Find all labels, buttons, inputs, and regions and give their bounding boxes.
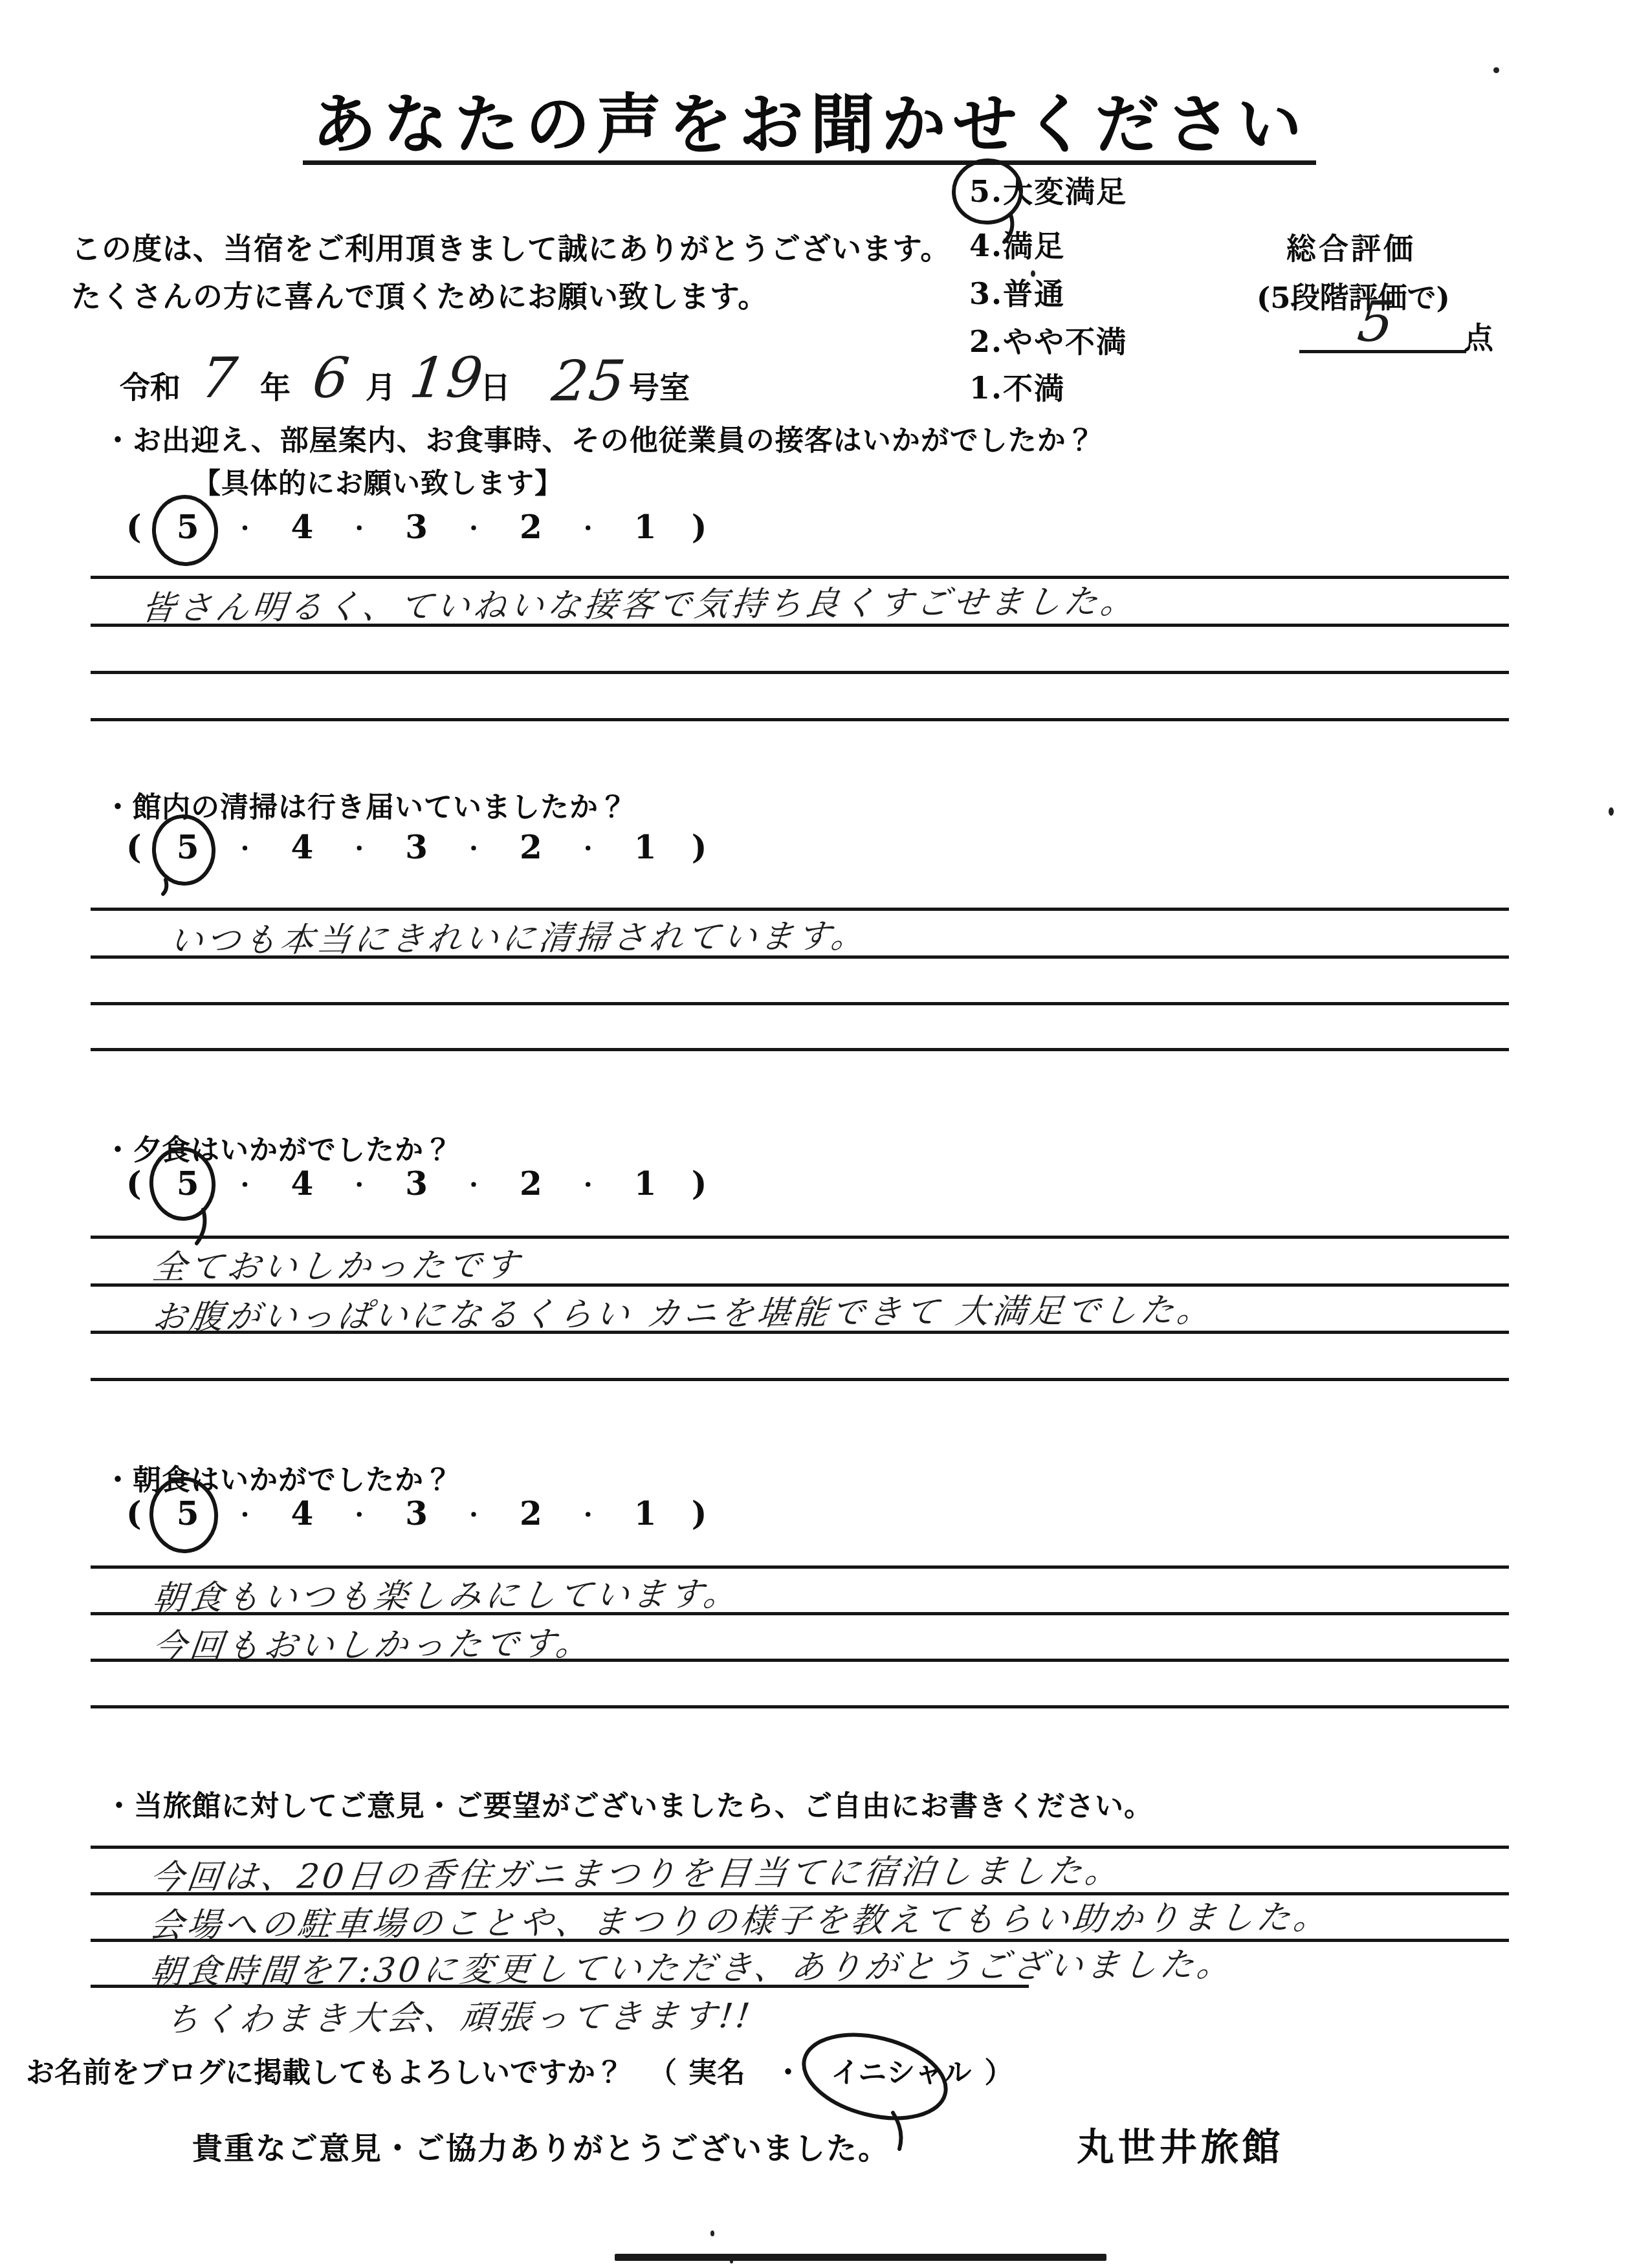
rating-2: 2 bbox=[520, 828, 542, 866]
rating-dot: ・ bbox=[234, 511, 256, 543]
rating-dot: ・ bbox=[234, 831, 256, 863]
intro-line-2: たくさんの方に喜んで頂くためにお願い致します。 bbox=[71, 273, 768, 316]
rating-dot: ・ bbox=[577, 831, 599, 863]
rating-3: 3 bbox=[405, 828, 428, 866]
paren-open: ( bbox=[126, 828, 142, 866]
question-4-rating-circle bbox=[145, 1475, 224, 1565]
date-year-label: 年 bbox=[260, 364, 291, 407]
answer-line bbox=[91, 671, 1509, 674]
paren-close: ) bbox=[692, 508, 707, 546]
intro-line-1: この度は、当宿をご利用頂きまして誠にありがとうございます。 bbox=[71, 225, 951, 268]
rating-dot: ・ bbox=[463, 1168, 485, 1199]
answer-line bbox=[91, 1565, 1509, 1569]
rating-dot: ・ bbox=[577, 1498, 599, 1529]
question-5-answer-1: 今回は、20日の香住ガニまつりを目当てに宿泊しました。 bbox=[148, 1844, 1125, 1899]
blog-option-real-name: 実名 bbox=[688, 2049, 745, 2091]
rating-dot: ・ bbox=[234, 1498, 256, 1529]
paren-close: ) bbox=[692, 828, 707, 866]
rating-dot: ・ bbox=[348, 1498, 370, 1529]
date-day-label: 日 bbox=[480, 364, 511, 407]
question-4-answer-1: 朝食もいつも楽しみにしています。 bbox=[150, 1567, 743, 1619]
question-3-answer-2: お腹がいっぱいになるくらい カニを堪能できて 大満足でした。 bbox=[150, 1283, 1217, 1338]
rating-3: 3 bbox=[405, 508, 428, 546]
question-2-answer: いつも本当にきれいに清掃されています。 bbox=[167, 908, 871, 962]
rating-1: 1 bbox=[634, 1494, 657, 1532]
answer-line bbox=[91, 718, 1509, 721]
paren-close: ) bbox=[692, 1494, 707, 1532]
scan-speck bbox=[710, 2230, 714, 2236]
date-month-value: 6 bbox=[309, 346, 353, 411]
legend-selected-circle bbox=[947, 155, 1038, 252]
question-5-label: ・当旅館に対してご意見・ご要望がございましたら、ご自由にお書きください。 bbox=[105, 1783, 1153, 1824]
rating-3: 3 bbox=[405, 1164, 428, 1203]
answer-line bbox=[91, 1048, 1509, 1051]
answer-line bbox=[91, 1378, 1509, 1381]
legend-item-2: 2.やや不満 bbox=[969, 318, 1127, 361]
overall-score-sublabel: (5段階評価で) bbox=[1257, 274, 1450, 316]
rating-1: 1 bbox=[634, 508, 657, 546]
paren-open: ( bbox=[126, 1164, 142, 1203]
rating-dot: ・ bbox=[577, 1168, 599, 1199]
rating-1: 1 bbox=[634, 828, 657, 866]
blog-paren-close: ） bbox=[984, 2049, 1013, 2091]
scan-speck bbox=[1493, 67, 1499, 73]
legend-item-3: 3.普通 bbox=[969, 270, 1065, 313]
scan-speck bbox=[1031, 270, 1035, 277]
rating-2: 2 bbox=[520, 508, 542, 546]
rating-dot: ・ bbox=[577, 511, 599, 543]
question-1-label: ・お出迎え、部屋案内、お食事時、その他従業員の接客はいかがでしたか？ bbox=[104, 417, 1095, 459]
overall-score-underline bbox=[1299, 350, 1466, 353]
rating-dot: ・ bbox=[463, 831, 485, 863]
rating-4: 4 bbox=[291, 1164, 313, 1203]
blog-question: お名前をブログに掲載してもよろしいですか？ bbox=[26, 2049, 624, 2091]
rating-dot: ・ bbox=[463, 511, 485, 543]
date-year-value: 7 bbox=[197, 346, 241, 411]
question-1-rating-circle bbox=[148, 493, 223, 571]
answer-line bbox=[91, 1705, 1509, 1708]
scan-artifact-bar bbox=[615, 2254, 1106, 2261]
question-4-answer-2: 今回もおいしかったです。 bbox=[150, 1616, 596, 1668]
rating-1: 1 bbox=[634, 1164, 657, 1203]
footer-thanks: 貴重なご意見・ご協力ありがとうございました。 bbox=[192, 2124, 890, 2168]
date-era-label: 令和 bbox=[120, 364, 181, 407]
rating-dot: ・ bbox=[463, 1498, 485, 1529]
scan-speck bbox=[1609, 807, 1614, 816]
question-5-answer-3: 朝食時間を7:30に変更していただき、ありがとうございました。 bbox=[148, 1937, 1237, 1993]
question-2-rating-circle bbox=[146, 812, 223, 898]
paren-close: ) bbox=[692, 1164, 707, 1203]
answer-line bbox=[91, 1236, 1509, 1239]
rating-3: 3 bbox=[405, 1494, 428, 1532]
paren-open: ( bbox=[126, 508, 142, 546]
rating-4: 4 bbox=[291, 508, 313, 546]
legend-item-1: 1.不満 bbox=[969, 365, 1065, 408]
question-5-answer-4: ちくわまき大会、頑張ってきます!! bbox=[163, 1989, 756, 2041]
inn-name: 丸世井旅館 bbox=[1077, 2117, 1284, 2171]
blog-paren-open: （ bbox=[648, 2049, 677, 2091]
page-title: あなたの声をお聞かせください bbox=[312, 72, 1308, 166]
overall-score-label: 総合評価 bbox=[1286, 225, 1416, 268]
rating-4: 4 bbox=[291, 1494, 313, 1532]
rating-4: 4 bbox=[291, 828, 313, 866]
room-number-label: 号室 bbox=[629, 364, 690, 407]
question-3-rating-circle bbox=[144, 1145, 224, 1248]
date-day-value: 19 bbox=[406, 345, 487, 411]
overall-score-unit: 点 bbox=[1464, 314, 1493, 357]
question-1-answer: 皆さん明るく、ていねいな接客で気持ち良くすごせました。 bbox=[139, 574, 1141, 629]
rating-2: 2 bbox=[520, 1494, 542, 1532]
title-underline bbox=[303, 160, 1316, 165]
question-3-answer-1: 全ておいしかったです bbox=[150, 1238, 525, 1289]
rating-dot: ・ bbox=[348, 1168, 370, 1199]
survey-scan-page: あなたの声をお聞かせください 5.大変満足 4.満足 3.普通 2.やや不満 1… bbox=[0, 0, 1650, 2268]
date-month-label: 月 bbox=[366, 364, 396, 407]
question-1-note: 【具体的にお願い致します】 bbox=[193, 462, 563, 501]
overall-score-value: 5 bbox=[1354, 290, 1398, 354]
rating-dot: ・ bbox=[234, 1168, 256, 1199]
rating-2: 2 bbox=[520, 1164, 542, 1203]
rating-dot: ・ bbox=[348, 831, 370, 863]
room-number-value: 25 bbox=[549, 349, 630, 414]
rating-dot: ・ bbox=[348, 511, 370, 543]
paren-open: ( bbox=[126, 1494, 142, 1532]
answer-line bbox=[91, 1002, 1509, 1005]
